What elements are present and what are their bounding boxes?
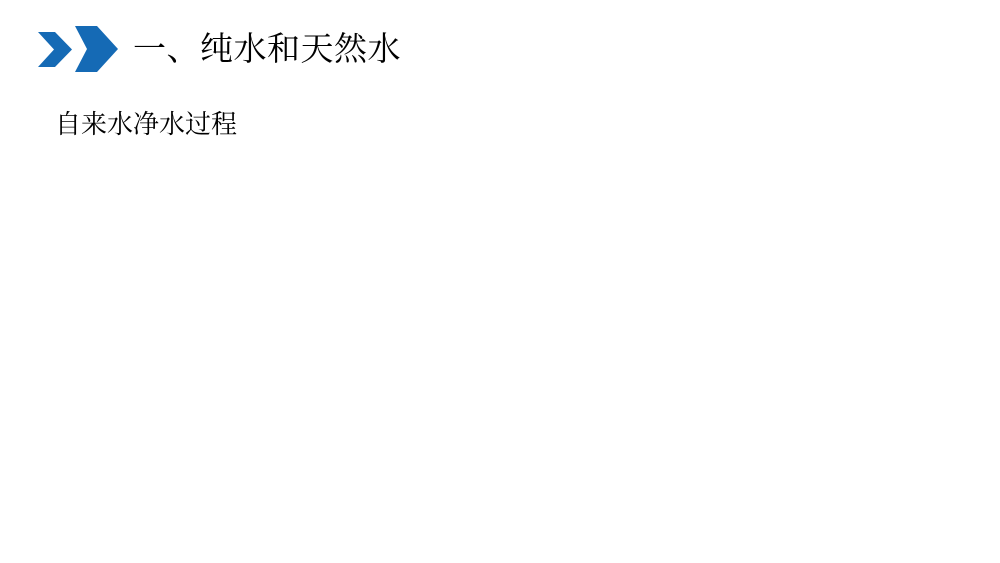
slide-subtitle: 自来水净水过程 xyxy=(55,110,237,139)
chevron-small-shape xyxy=(38,32,72,67)
chevron-large-shape xyxy=(75,26,118,72)
slide-header: 一、纯水和天然水 xyxy=(38,26,401,72)
slide-canvas: 一、纯水和天然水 自来水净水过程 xyxy=(0,0,1000,563)
double-chevron-right-icon xyxy=(38,26,118,72)
slide-title: 一、纯水和天然水 xyxy=(133,26,401,72)
